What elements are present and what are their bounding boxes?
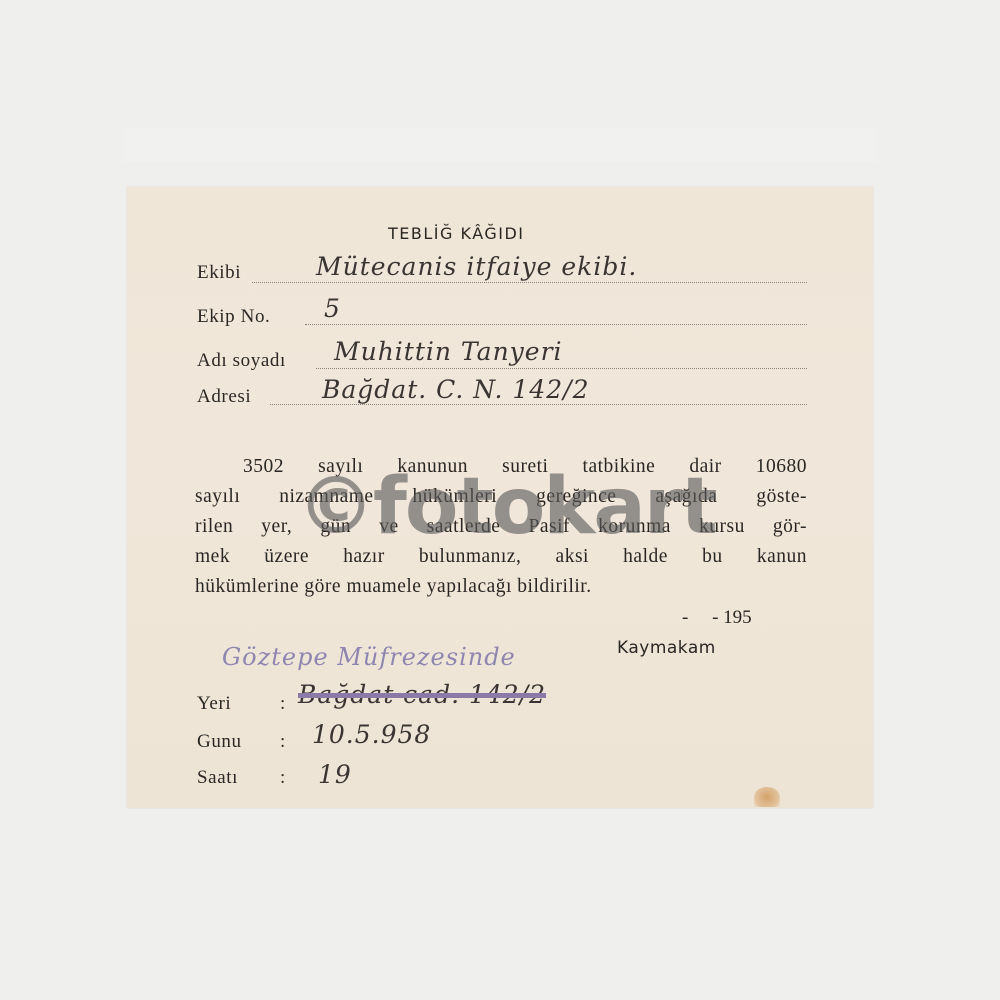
field-label-adresi: Adresi (197, 386, 251, 408)
field-value-adi-soyadi: Muhittin Tanyeri (334, 337, 563, 366)
field-value-ekibi: Mütecanis itfaiye ekibi. (316, 252, 637, 281)
notice-line: hükümlerine göre muamele yapılacağı bild… (195, 572, 807, 602)
schedule-gunu-value: 10.5.958 (312, 720, 431, 749)
schedule-label-yeri: Yeri (197, 693, 231, 715)
schedule-separator: : (280, 693, 286, 715)
field-label-ekibi: Ekibi (197, 262, 241, 284)
field-label-adi-soyadi: Adı soyadı (197, 350, 286, 372)
document-title: TEBLİĞ KÂĞIDI (388, 224, 525, 243)
date-line: - - 195 (682, 607, 752, 629)
paper-stain (754, 787, 780, 807)
fill-line-ekibi (252, 282, 807, 283)
schedule-separator: : (280, 731, 286, 753)
field-value-ekip-no: 5 (324, 294, 341, 323)
schedule-yeri-added-value: Göztepe Müfrezesinde (222, 643, 516, 671)
schedule-yeri-struck-value: Bağdat cad. 142/2 (298, 680, 546, 709)
fill-line-ekip-no (305, 324, 807, 325)
notice-line: 3502 sayılı kanunun sureti tatbikine dai… (195, 452, 807, 482)
notice-line: mek üzere hazır bulunmanız, aksi halde b… (195, 542, 807, 572)
notice-paragraph: 3502 sayılı kanunun sureti tatbikine dai… (195, 452, 807, 602)
schedule-label-gunu: Gunu (197, 731, 242, 753)
schedule-saati-value: 19 (318, 760, 352, 789)
fill-line-adresi (270, 404, 807, 405)
signature-title: Kaymakam (617, 638, 716, 658)
background-band (124, 128, 876, 162)
notice-line: rilen yer, gün ve saatlerde Pasif korunm… (195, 512, 807, 542)
field-label-ekip-no: Ekip No. (197, 306, 270, 328)
schedule-label-saati: Saatı (197, 767, 238, 789)
fill-line-adi-soyadi (316, 368, 807, 369)
field-value-adresi: Bağdat. C. N. 142/2 (322, 375, 589, 404)
notice-line: sayılı nizamname hükümleri gereğince aşa… (195, 482, 807, 512)
schedule-separator: : (280, 767, 286, 789)
